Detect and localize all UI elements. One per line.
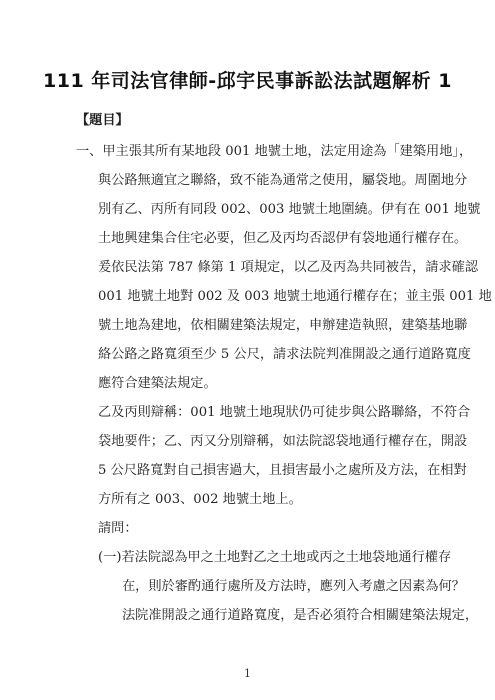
question-line: 方所有之 003、002 地號土地上。	[98, 491, 302, 509]
question-line: 絡公路之路寬須至少 5 公尺，請求法院判准開設之通行道路寬度	[98, 346, 471, 364]
sub-question-line: 法院准開設之通行道路寬度，是否必須符合相關建築法規定，	[122, 607, 478, 625]
document-title: 111 年司法官律師-邱宇民事訴訟法試題解析 1	[0, 66, 495, 93]
sub-question-line: (一)若法院認為甲之土地對乙之土地或丙之土地袋地通行權存	[98, 549, 451, 567]
question-line: 一、甲主張其所有某地段 001 地號土地，法定用途為「建築用地」，	[76, 143, 472, 161]
question-line: 乙及丙則辯稱：001 地號土地現狀仍可徒步與公路聯絡，不符合	[98, 404, 470, 422]
question-line: 應符合建築法規定。	[98, 375, 217, 393]
question-prompt: 請問：	[98, 520, 138, 538]
question-line: 別有乙、丙所有同段 002、003 地號土地圍繞。伊有在 001 地號	[98, 201, 480, 219]
question-line: 爰依民法第 787 條第 1 項規定，以乙及丙為共同被告，請求確認	[98, 259, 478, 277]
question-line: 001 地號土地對 002 及 003 地號土地通行權存在；並主張 001 地	[98, 288, 492, 306]
section-heading: 【題目】	[76, 112, 129, 130]
question-line: 土地興建集合住宅必要，但乙及丙均否認伊有袋地通行權存在。	[98, 230, 467, 248]
question-line: 與公路無適宜之聯絡，致不能為通常之使用，屬袋地。周圍地分	[98, 172, 467, 190]
page-number: 1	[0, 667, 495, 680]
question-line: 號土地為建地，依相關建築法規定，申辦建造執照，建築基地聯	[98, 317, 467, 335]
sub-question-line: 在，則於審酌通行處所及方法時，應列入考慮之因素為何？	[122, 578, 465, 596]
question-line: 袋地要件；乙、丙又分別辯稱，如法院認袋地通行權存在，開設	[98, 433, 467, 451]
question-line: 5 公尺路寬對自己損害過大，且損害最小之處所及方法，在相對	[98, 462, 467, 480]
